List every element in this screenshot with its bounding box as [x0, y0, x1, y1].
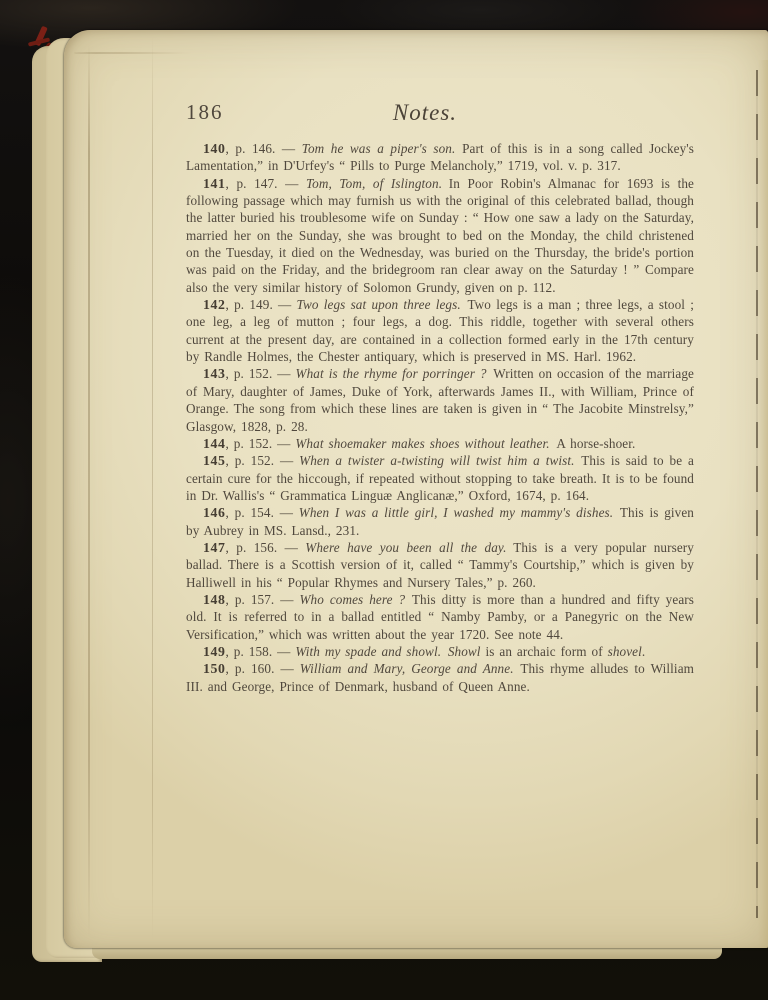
scanned-book-photo: { "colors": { "backdrop": "#0f0d0a", "pa…: [0, 0, 768, 1000]
note-rhyme-title: When I was a little girl, I washed my ma…: [299, 505, 613, 520]
note-page-ref: , p. 152. —: [226, 453, 300, 468]
running-title: Notes.: [186, 100, 664, 126]
note-rhyme-title: Who comes here ?: [299, 592, 405, 607]
note-number: 140: [203, 141, 226, 156]
note-body: In Poor Robin's Almanac for 1693 is the …: [186, 176, 694, 295]
note-paragraph: 148, p. 157. — Who comes here ? This dit…: [186, 591, 694, 643]
page-content: 186 Notes. 140, p. 146. — Tom he was a p…: [186, 100, 694, 695]
note-number: 148: [203, 592, 226, 607]
note-page-ref: , p. 154. —: [226, 505, 299, 520]
page-crease-left: [88, 44, 90, 938]
note-page-ref: , p. 156. —: [226, 540, 306, 555]
note-number: 146: [203, 505, 226, 520]
note-number: 143: [203, 366, 226, 381]
page-crease-gutter: [152, 36, 153, 940]
note-rhyme-title: What is the rhyme for porringer ?: [296, 366, 487, 381]
note-number: 147: [203, 540, 226, 555]
note-number: 149: [203, 644, 226, 659]
note-paragraph: 146, p. 154. — When I was a little girl,…: [186, 504, 694, 539]
note-number: 150: [203, 661, 226, 676]
notes-list: 140, p. 146. — Tom he was a piper's son.…: [186, 140, 694, 695]
note-number: 142: [203, 297, 226, 312]
note-rhyme-title: William and Mary, George and Anne.: [300, 661, 514, 676]
note-body: Showl is an archaic form of shovel.: [441, 644, 645, 659]
note-paragraph: 140, p. 146. — Tom he was a piper's son.…: [186, 140, 694, 175]
note-page-ref: , p. 157. —: [226, 592, 300, 607]
note-page-ref: , p. 147. —: [226, 176, 306, 191]
note-number: 145: [203, 453, 226, 468]
note-rhyme-title: With my spade and showl.: [295, 644, 441, 659]
note-page-ref: , p. 146. —: [226, 141, 302, 156]
page-header: 186 Notes.: [186, 100, 694, 132]
note-body: A horse-shoer.: [550, 436, 636, 451]
note-rhyme-title: What shoemaker makes shoes without leath…: [295, 436, 549, 451]
page-edge-right-strip: [758, 60, 768, 948]
note-rhyme-title: When a twister a-twisting will twist him…: [299, 453, 574, 468]
note-page-ref: , p. 152. —: [226, 366, 296, 381]
note-paragraph: 147, p. 156. — Where have you been all t…: [186, 539, 694, 591]
note-rhyme-title: Two legs sat upon three legs.: [297, 297, 461, 312]
note-paragraph: 149, p. 158. — With my spade and showl. …: [186, 643, 694, 660]
note-number: 141: [203, 176, 226, 191]
note-page-ref: , p. 158. —: [226, 644, 296, 659]
note-paragraph: 142, p. 149. — Two legs sat upon three l…: [186, 296, 694, 365]
note-paragraph: 143, p. 152. — What is the rhyme for por…: [186, 365, 694, 434]
page-crease-top: [74, 52, 194, 54]
note-paragraph: 144, p. 152. — What shoemaker makes shoe…: [186, 435, 694, 452]
note-paragraph: 145, p. 152. — When a twister a-twisting…: [186, 452, 694, 504]
note-number: 144: [203, 436, 226, 451]
note-page-ref: , p. 149. —: [226, 297, 297, 312]
note-rhyme-title: Tom he was a piper's son.: [302, 141, 456, 156]
note-rhyme-title: Where have you been all the day.: [305, 540, 506, 555]
note-paragraph: 150, p. 160. — William and Mary, George …: [186, 660, 694, 695]
book-page: 186 Notes. 140, p. 146. — Tom he was a p…: [64, 30, 768, 948]
note-page-ref: , p. 160. —: [226, 661, 300, 676]
note-rhyme-title: Tom, Tom, of Islington.: [306, 176, 442, 191]
note-page-ref: , p. 152. —: [226, 436, 296, 451]
note-paragraph: 141, p. 147. — Tom, Tom, of Islington. I…: [186, 175, 694, 296]
